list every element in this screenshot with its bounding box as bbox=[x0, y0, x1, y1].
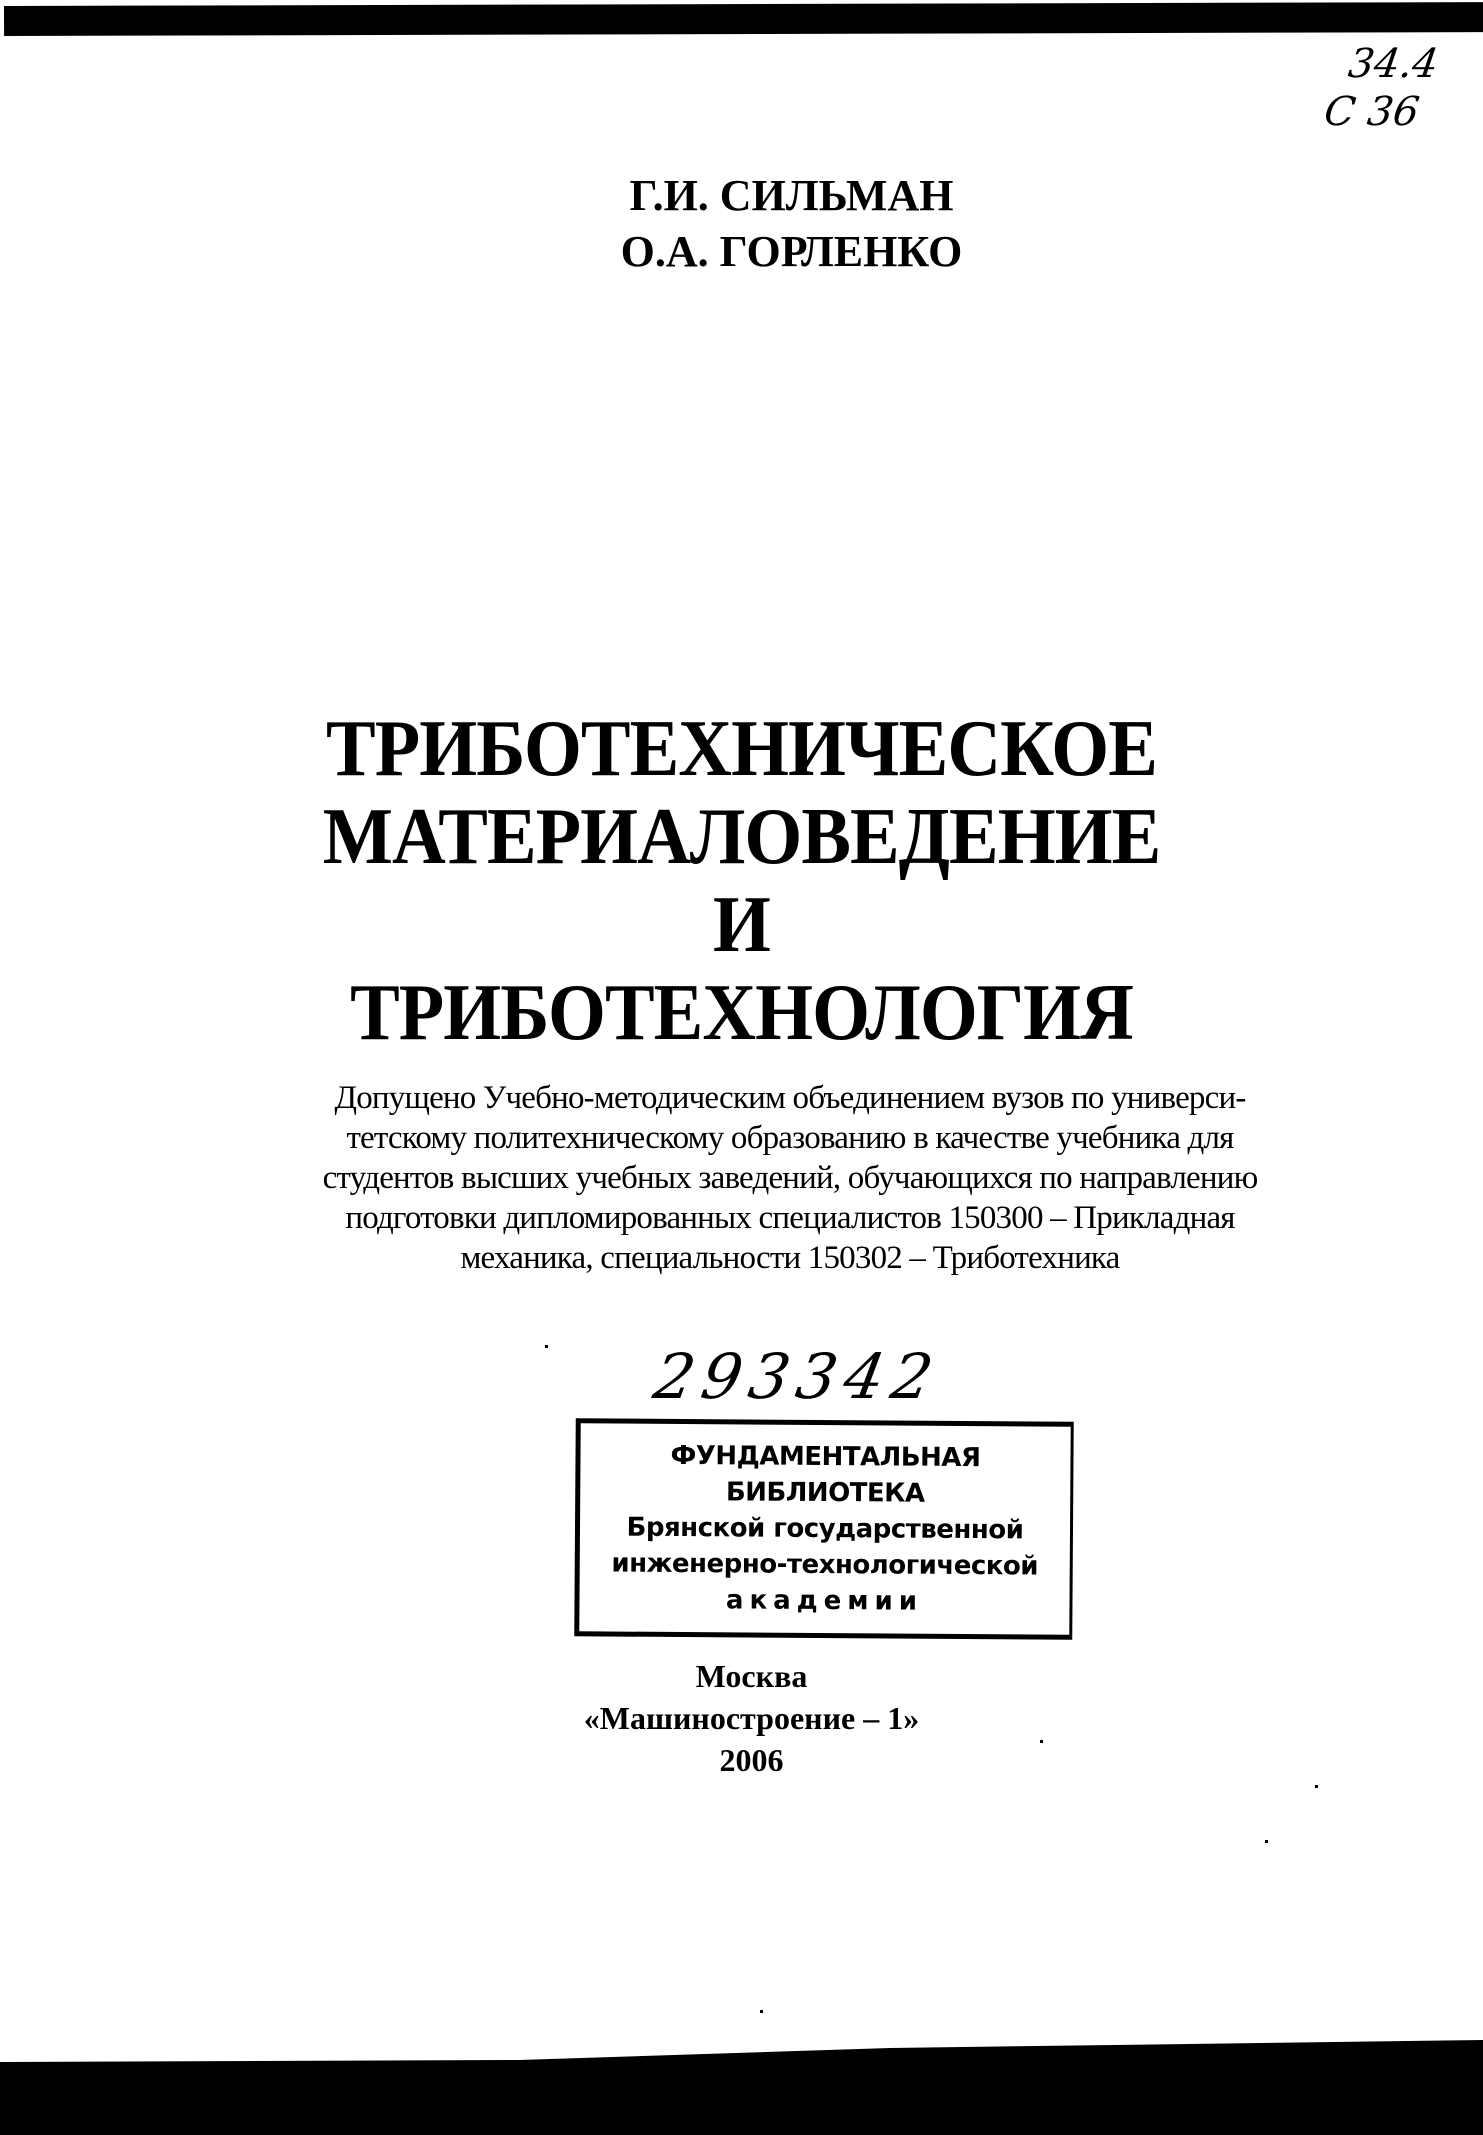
author-name: О.А. ГОРЛЕНКО bbox=[100, 224, 1483, 280]
scan-speck bbox=[760, 2010, 763, 2013]
approval-line: механика, специальности 150302 – Триботе… bbox=[200, 1238, 1380, 1278]
title-line: ТРИБОТЕХНИЧЕСКОЕ bbox=[52, 705, 1431, 793]
book-title: ТРИБОТЕХНИЧЕСКОЕ МАТЕРИАЛОВЕДЕНИЕ И ТРИБ… bbox=[52, 705, 1431, 1057]
approval-line: тетскому политехническому образованию в … bbox=[200, 1118, 1380, 1158]
imprint-publisher: «Машиностроение – 1» bbox=[20, 1697, 1483, 1739]
scan-border-bottom bbox=[0, 2040, 1483, 2135]
imprint-city: Москва bbox=[20, 1655, 1483, 1697]
author-name: Г.И. СИЛЬМАН bbox=[100, 168, 1483, 224]
approval-statement: Допущено Учебно-методическим объединение… bbox=[200, 1078, 1380, 1278]
stamp-line: инженерно-технологической bbox=[611, 1546, 1038, 1585]
authors: Г.И. СИЛЬМАН О.А. ГОРЛЕНКО bbox=[0, 168, 1483, 280]
scan-speck bbox=[1040, 1740, 1043, 1743]
approval-line: студентов высших учебных заведений, обуч… bbox=[200, 1158, 1380, 1198]
scan-border-top bbox=[4, 2, 1483, 36]
title-line: И bbox=[52, 881, 1431, 969]
stamp-line: ФУНДАМЕНТАЛЬНАЯ bbox=[670, 1438, 980, 1476]
approval-line: подготовки дипломированных специалистов … bbox=[200, 1198, 1380, 1238]
imprint: Москва «Машиностроение – 1» 2006 bbox=[0, 1655, 1483, 1781]
imprint-year: 2006 bbox=[20, 1739, 1483, 1781]
library-stamp: ФУНДАМЕНТАЛЬНАЯ БИБЛИОТЕКА Брянской госу… bbox=[574, 1418, 1074, 1639]
title-line: ТРИБОТЕХНОЛОГИЯ bbox=[52, 969, 1431, 1057]
shelf-mark-line: С 36 bbox=[1273, 88, 1470, 136]
approval-line: Допущено Учебно-методическим объединение… bbox=[200, 1078, 1380, 1118]
shelf-mark-line: 34.4 bbox=[1310, 40, 1477, 88]
stamp-line: БИБЛИОТЕКА bbox=[726, 1474, 925, 1511]
title-line: МАТЕРИАЛОВЕДЕНИЕ bbox=[52, 793, 1431, 881]
scan-speck bbox=[545, 1345, 548, 1348]
handwritten-shelf-mark: 34.4 С 36 bbox=[1283, 40, 1476, 136]
scan-speck bbox=[1315, 1785, 1318, 1788]
stamp-line: Брянской государственной bbox=[626, 1510, 1023, 1549]
scan-speck bbox=[1265, 1840, 1268, 1843]
stamp-line: академии bbox=[726, 1582, 923, 1619]
handwritten-inventory-number: 293342 bbox=[649, 1340, 982, 1413]
